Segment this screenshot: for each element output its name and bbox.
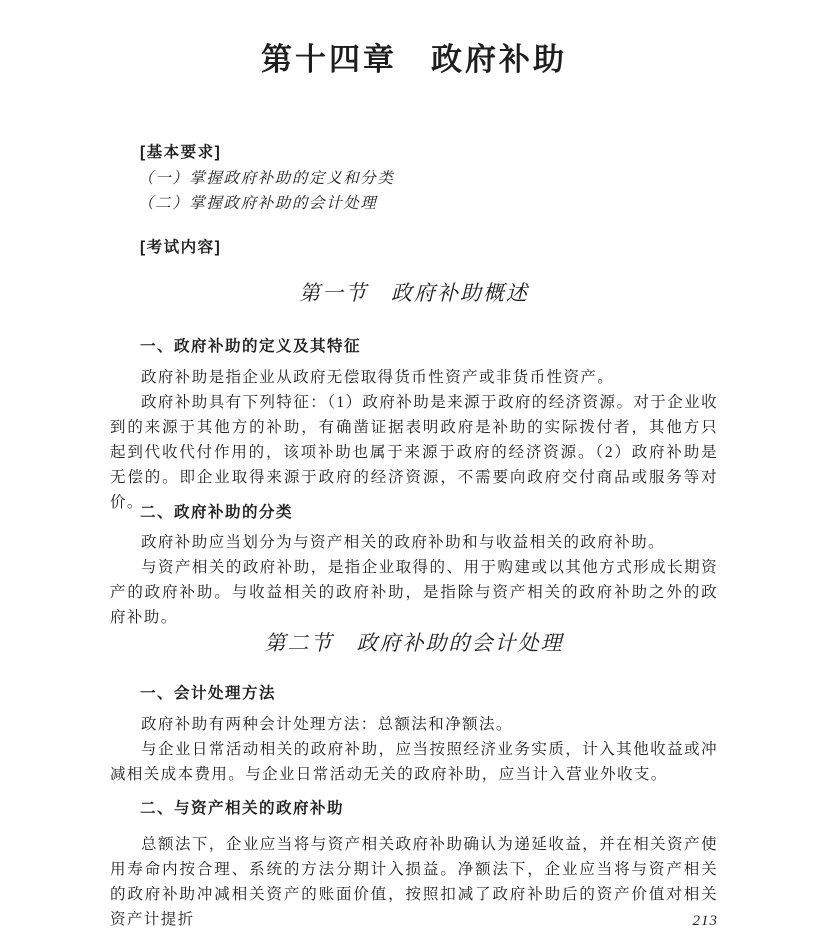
paragraph-group: 政府补助是指企业从政府无偿取得货币性资产或非货币性资产。 政府补助具有下列特征：… xyxy=(110,365,718,515)
paragraph: 与企业日常活动相关的政府补助，应当按照经济业务实质，计入其他收益或冲减相关成本费… xyxy=(110,737,718,787)
chapter-title: 第十四章 政府补助 xyxy=(110,40,718,80)
subsection-heading: 二、与资产相关的政府补助 xyxy=(110,799,718,819)
basic-requirement-item: （一）掌握政府补助的定义和分类 xyxy=(110,166,718,191)
paragraph: 政府补助有两种会计处理方法：总额法和净额法。 xyxy=(110,712,718,737)
basic-requirement-item: （二）掌握政府补助的会计处理 xyxy=(110,191,718,216)
basic-requirements-label: [基本要求] xyxy=(110,143,718,163)
basic-requirements-list: （一）掌握政府补助的定义和分类 （二）掌握政府补助的会计处理 xyxy=(110,166,718,216)
subsection-heading: 一、政府补助的定义及其特征 xyxy=(110,337,718,357)
exam-content-label: [考试内容] xyxy=(110,238,718,258)
section-1-title: 第一节 政府补助概述 xyxy=(110,278,718,308)
subsection-heading: 二、政府补助的分类 xyxy=(110,503,718,523)
subsection-heading: 一、会计处理方法 xyxy=(110,684,718,704)
paragraph: 政府补助具有下列特征：（1）政府补助是来源于政府的经济资源。对于企业收到的来源于… xyxy=(110,390,718,515)
paragraph: 政府补助应当划分为与资产相关的政府补助和与收益相关的政府补助。 xyxy=(110,530,718,555)
paragraph: 与资产相关的政府补助，是指企业取得的、用于购建或以其他方式形成长期资产的政府补助… xyxy=(110,555,718,630)
textbook-page: 第十四章 政府补助 [基本要求] （一）掌握政府补助的定义和分类 （二）掌握政府… xyxy=(0,0,818,947)
section-2-title: 第二节 政府补助的会计处理 xyxy=(110,628,718,658)
paragraph: 政府补助是指企业从政府无偿取得货币性资产或非货币性资产。 xyxy=(110,365,718,390)
page-number: 213 xyxy=(110,911,718,931)
paragraph-group: 政府补助有两种会计处理方法：总额法和净额法。 与企业日常活动相关的政府补助，应当… xyxy=(110,712,718,787)
paragraph-group: 政府补助应当划分为与资产相关的政府补助和与收益相关的政府补助。 与资产相关的政府… xyxy=(110,530,718,630)
